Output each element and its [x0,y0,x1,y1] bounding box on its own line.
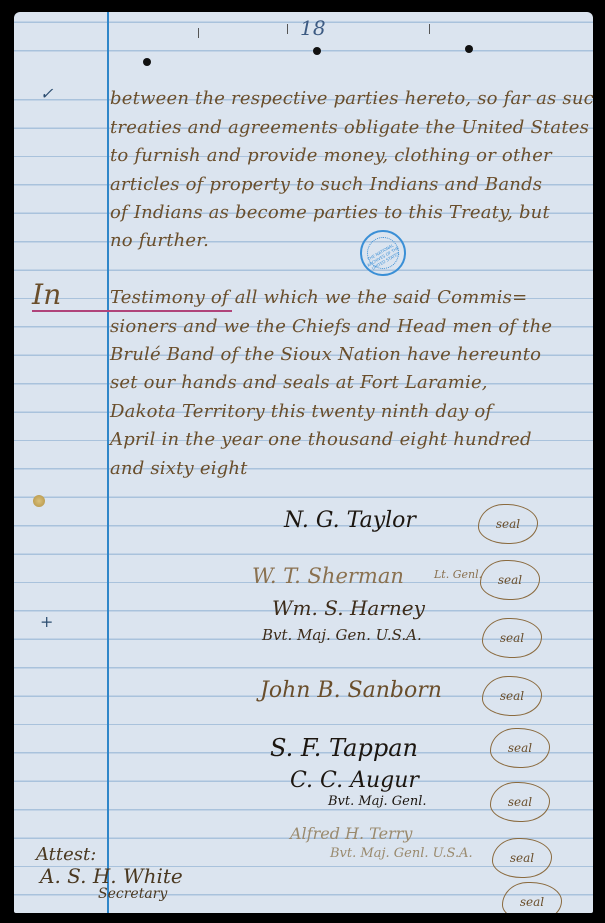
body-line: no further. [110,230,209,251]
testimony-line: Brulé Band of the Sioux Nation have here… [110,344,541,365]
margin-rule [107,12,109,913]
margin-mark-icon: + [40,612,54,631]
punch-hole [143,58,151,66]
signature-sherman: W. T. Sherman [252,564,404,588]
testimony-line: sioners and we the Chiefs and Head men o… [110,316,552,337]
seal-icon: seal [492,838,552,878]
testimony-heading: In [32,278,62,311]
seal-icon: seal [490,782,550,822]
signature-harney-title: Bvt. Maj. Gen. U.S.A. [262,626,422,644]
attest-label: Attest: [36,844,96,865]
binding-mark [429,24,430,34]
seal-icon: seal [480,560,540,600]
attest-name: A. S. H. White [40,864,183,888]
binding-mark [287,24,288,34]
testimony-line: Dakota Territory this twenty ninth day o… [110,401,492,422]
body-line: of Indians as become parties to this Tre… [110,202,550,223]
signature-harney: Wm. S. Harney [272,596,425,620]
attest-title: Secretary [98,886,167,902]
body-line: articles of property to such Indians and… [110,174,542,195]
testimony-line: and sixty eight [110,458,248,479]
seal-icon: seal [482,618,542,658]
testimony-line: set our hands and seals at Fort Laramie, [110,372,488,393]
seal-icon: seal [490,728,550,768]
testimony-line: April in the year one thousand eight hun… [110,429,532,450]
punch-hole [313,47,321,55]
seal-icon: seal [482,676,542,716]
check-mark-icon: ✓ [40,84,54,103]
binding-mark [198,28,199,38]
heading-underline [32,310,232,312]
body-line: treaties and agreements obligate the Uni… [110,117,589,138]
seal-icon: seal [478,504,538,544]
signature-tappan: S. F. Tappan [270,734,418,762]
testimony-line: Testimony of all which we the said Commi… [110,287,527,308]
punch-hole [465,45,473,53]
treaty-page: 18 ✓ + between the respective parties he… [14,12,593,913]
signature-sanborn: John B. Sanborn [260,678,442,703]
signature-terry: Alfred H. Terry [290,824,412,843]
signature-augur: C. C. Augur [290,768,419,793]
archives-stamp: THE NATIONAL ARCHIVES OF THE UNITED STAT… [360,230,406,276]
signature-taylor: N. G. Taylor [284,508,416,533]
stain-mark [33,495,45,507]
signature-sherman-title: Lt. Genl. [434,568,482,581]
body-line: between the respective parties hereto, s… [110,88,593,109]
page-number: 18 [300,16,326,40]
body-line: to furnish and provide money, clothing o… [110,145,552,166]
seal-icon: seal [502,882,562,913]
signature-augur-title: Bvt. Maj. Genl. [328,794,426,809]
signature-terry-title: Bvt. Maj. Genl. U.S.A. [330,846,473,861]
